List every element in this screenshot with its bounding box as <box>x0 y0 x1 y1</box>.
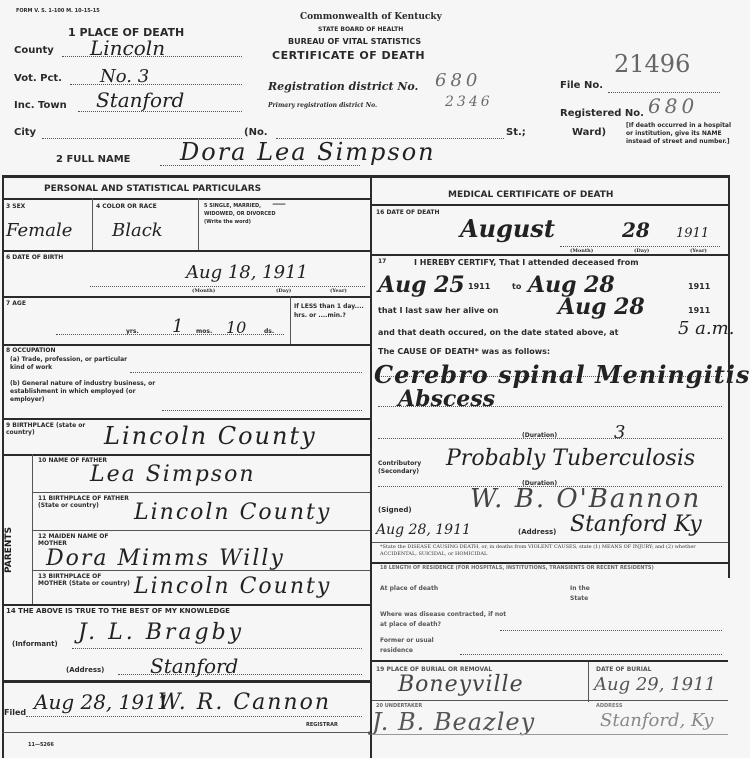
personal-particulars-header: PERSONAL AND STATISTICAL PARTICULARS <box>44 184 261 194</box>
occupation-industry-label: (b) General nature of industry business,… <box>10 380 170 404</box>
occupation-label: 8 OCCUPATION <box>6 347 56 354</box>
burial-place-value: Boneyville <box>398 672 524 697</box>
cause-of-death-secondary-line: Abscess <box>398 386 495 412</box>
board-name: STATE BOARD OF HEALTH <box>318 26 403 33</box>
contributory-label: Contributory (Secondary) <box>378 460 438 476</box>
bureau-name: BUREAU OF VITAL STATISTICS <box>288 37 421 46</box>
contributory-value: Probably Tuberculosis <box>446 446 695 471</box>
father-name-value: Lea Simpson <box>90 462 256 487</box>
street-label: St.; <box>506 127 526 138</box>
death-certificate: FORM V. S. 1-100 M. 10-15-15 1 PLACE OF … <box>0 0 750 758</box>
informant-address-value: Stanford <box>150 654 238 678</box>
registrar-signature: W. R. Cannon <box>158 690 331 715</box>
mother-maiden-name-label: 12 MAIDEN NAME OF MOTHER <box>38 533 130 547</box>
in-state-label: In the State <box>570 584 610 604</box>
primary-district-value: 2346 <box>445 94 493 110</box>
birthplace-value: Lincoln County <box>104 422 317 450</box>
filed-label: Filed <box>4 708 26 717</box>
burial-date-label: DATE OF BURIAL <box>596 666 652 673</box>
mother-birthplace-value: Lincoln County <box>134 574 331 599</box>
signed-date: Aug 28, 1911 <box>376 522 471 538</box>
physician-address-value: Stanford Ky <box>570 512 702 537</box>
registration-district-label: Registration district No. <box>268 80 418 93</box>
registration-district-value: 680 <box>435 70 481 91</box>
dob-month-caption: (Month) <box>192 288 215 294</box>
undertaker-value: J. B. Beazley <box>372 708 535 736</box>
violent-causes-note: *State the DISEASE CAUSING DEATH, or, in… <box>380 544 724 558</box>
to-label: to <box>512 282 521 291</box>
parents-label: PARENTS <box>4 510 18 590</box>
last-saw-label: that I last saw her alive on <box>378 306 499 315</box>
vot-pct-label: Vot. Pct. <box>14 73 62 84</box>
cause-of-death-label: The CAUSE OF DEATH* was as follows: <box>378 347 550 356</box>
county-label: County <box>14 45 54 56</box>
sex-value: Female <box>6 220 72 241</box>
sex-label: 3 SEX <box>6 203 25 210</box>
true-statement-label: 14 THE ABOVE IS TRUE TO THE BEST OF MY K… <box>6 607 230 615</box>
mother-birthplace-label: 13 BIRTHPLACE OF MOTHER (State or countr… <box>38 573 130 587</box>
cause-duration-label: (Duration) <box>522 432 557 439</box>
physician-signature: W. B. O'Bannon <box>470 484 701 514</box>
residence-length-label: 18 LENGTH OF RESIDENCE (FOR HOSPITALS, I… <box>380 565 724 572</box>
age-yrs-caption: yrs. <box>126 328 139 335</box>
date-of-death-month: August <box>460 214 555 243</box>
color-race-label: 4 COLOR OR RACE <box>96 203 157 210</box>
marital-status-value: — <box>272 196 286 212</box>
form-number: FORM V. S. 1-100 M. 10-15-15 <box>16 8 100 14</box>
burial-date-value: Aug 29, 1911 <box>594 674 716 695</box>
informant-label: (Informant) <box>12 640 58 648</box>
informant-address-label: (Address) <box>66 666 104 674</box>
occupation-trade-label: (a) Trade, profession, or particular kin… <box>10 356 140 372</box>
certificate-title: CERTIFICATE OF DEATH <box>272 49 425 62</box>
signed-label: (Signed) <box>378 506 412 514</box>
death-time-value: 5 a.m. <box>678 318 734 339</box>
inc-town-label: Inc. Town <box>14 100 67 111</box>
form-code: 11—5266 <box>28 742 54 748</box>
certify-number: 17 <box>378 258 386 265</box>
age-ds-caption: ds. <box>264 328 274 335</box>
state-name: Commonwealth of Kentucky <box>300 12 442 22</box>
vot-pct-value: No. 3 <box>100 66 149 87</box>
street-no-label: (No. <box>244 127 268 138</box>
informant-value: J. L. Bragby <box>78 620 244 645</box>
full-name-value: Dora Lea Simpson <box>180 138 436 166</box>
age-days-value: 10 <box>226 318 246 337</box>
dob-value: Aug 18, 1911 <box>186 262 308 283</box>
registered-no-label: Registered No. <box>560 108 644 119</box>
last-saw-value: Aug 28 <box>558 294 645 320</box>
attended-to-year: 1911 <box>688 282 710 291</box>
city-label: City <box>14 127 36 138</box>
medical-certificate-header: MEDICAL CERTIFICATE OF DEATH <box>448 190 613 200</box>
date-of-death-label: 16 DATE OF DEATH <box>376 209 440 216</box>
age-months-value: 1 <box>172 316 183 337</box>
father-birthplace-value: Lincoln County <box>134 500 331 525</box>
dob-day-caption: (Day) <box>276 288 291 294</box>
last-saw-year: 1911 <box>688 306 710 315</box>
mother-maiden-name-value: Dora Mimms Willy <box>46 546 285 571</box>
file-number-stamp: 21496 <box>614 50 690 78</box>
dob-year-caption: (Year) <box>330 288 347 294</box>
less-than-day-label: If LESS than 1 day.... hrs. or ....min.? <box>294 302 366 320</box>
cause-of-death-primary: Cerebro spinal Meningitis <box>374 360 750 389</box>
age-mos-caption: mos. <box>196 328 212 335</box>
undertaker-address-value: Stanford, Ky <box>600 710 713 731</box>
undertaker-address-label: ADDRESS <box>596 703 622 709</box>
cause-duration-months: 3 <box>614 422 625 443</box>
at-place-label: At place of death <box>380 584 440 594</box>
registrar-label: REGISTRAR <box>306 722 338 728</box>
hospital-note: [If death occurred in a hospital or inst… <box>626 122 732 146</box>
inc-town-value: Stanford <box>96 88 184 112</box>
full-name-label: 2 FULL NAME <box>56 154 131 165</box>
birthplace-label: 9 BIRTHPLACE (state or country) <box>6 422 96 436</box>
registered-no-value: 680 <box>648 94 698 118</box>
filed-date-value: Aug 28, 1911 <box>34 690 170 714</box>
color-race-value: Black <box>112 220 163 241</box>
former-residence-label: Former or usual residence <box>380 636 460 656</box>
attended-from-value: Aug 25 <box>378 272 465 298</box>
file-no-label: File No. <box>560 80 603 91</box>
county-value: Lincoln <box>90 36 165 60</box>
attended-from-year: 1911 <box>468 282 490 291</box>
dob-label: 6 DATE OF BIRTH <box>6 254 63 261</box>
primary-district-label: Primary registration district No. <box>268 102 377 109</box>
father-birthplace-label: 11 BIRTHPLACE OF FATHER (State or countr… <box>38 495 130 509</box>
physician-address-label: (Address) <box>518 528 556 536</box>
where-contracted-label: Where was disease contracted, if not at … <box>380 610 510 630</box>
age-label: 7 AGE <box>6 300 26 307</box>
death-time-label: and that death occured, on the date stat… <box>378 328 619 337</box>
date-of-death-year: 1911 <box>676 226 709 241</box>
ward-label: Ward) <box>572 127 606 138</box>
certify-statement: I HEREBY CERTIFY, That I attended deceas… <box>414 258 639 267</box>
date-of-death-day: 28 <box>622 218 650 242</box>
